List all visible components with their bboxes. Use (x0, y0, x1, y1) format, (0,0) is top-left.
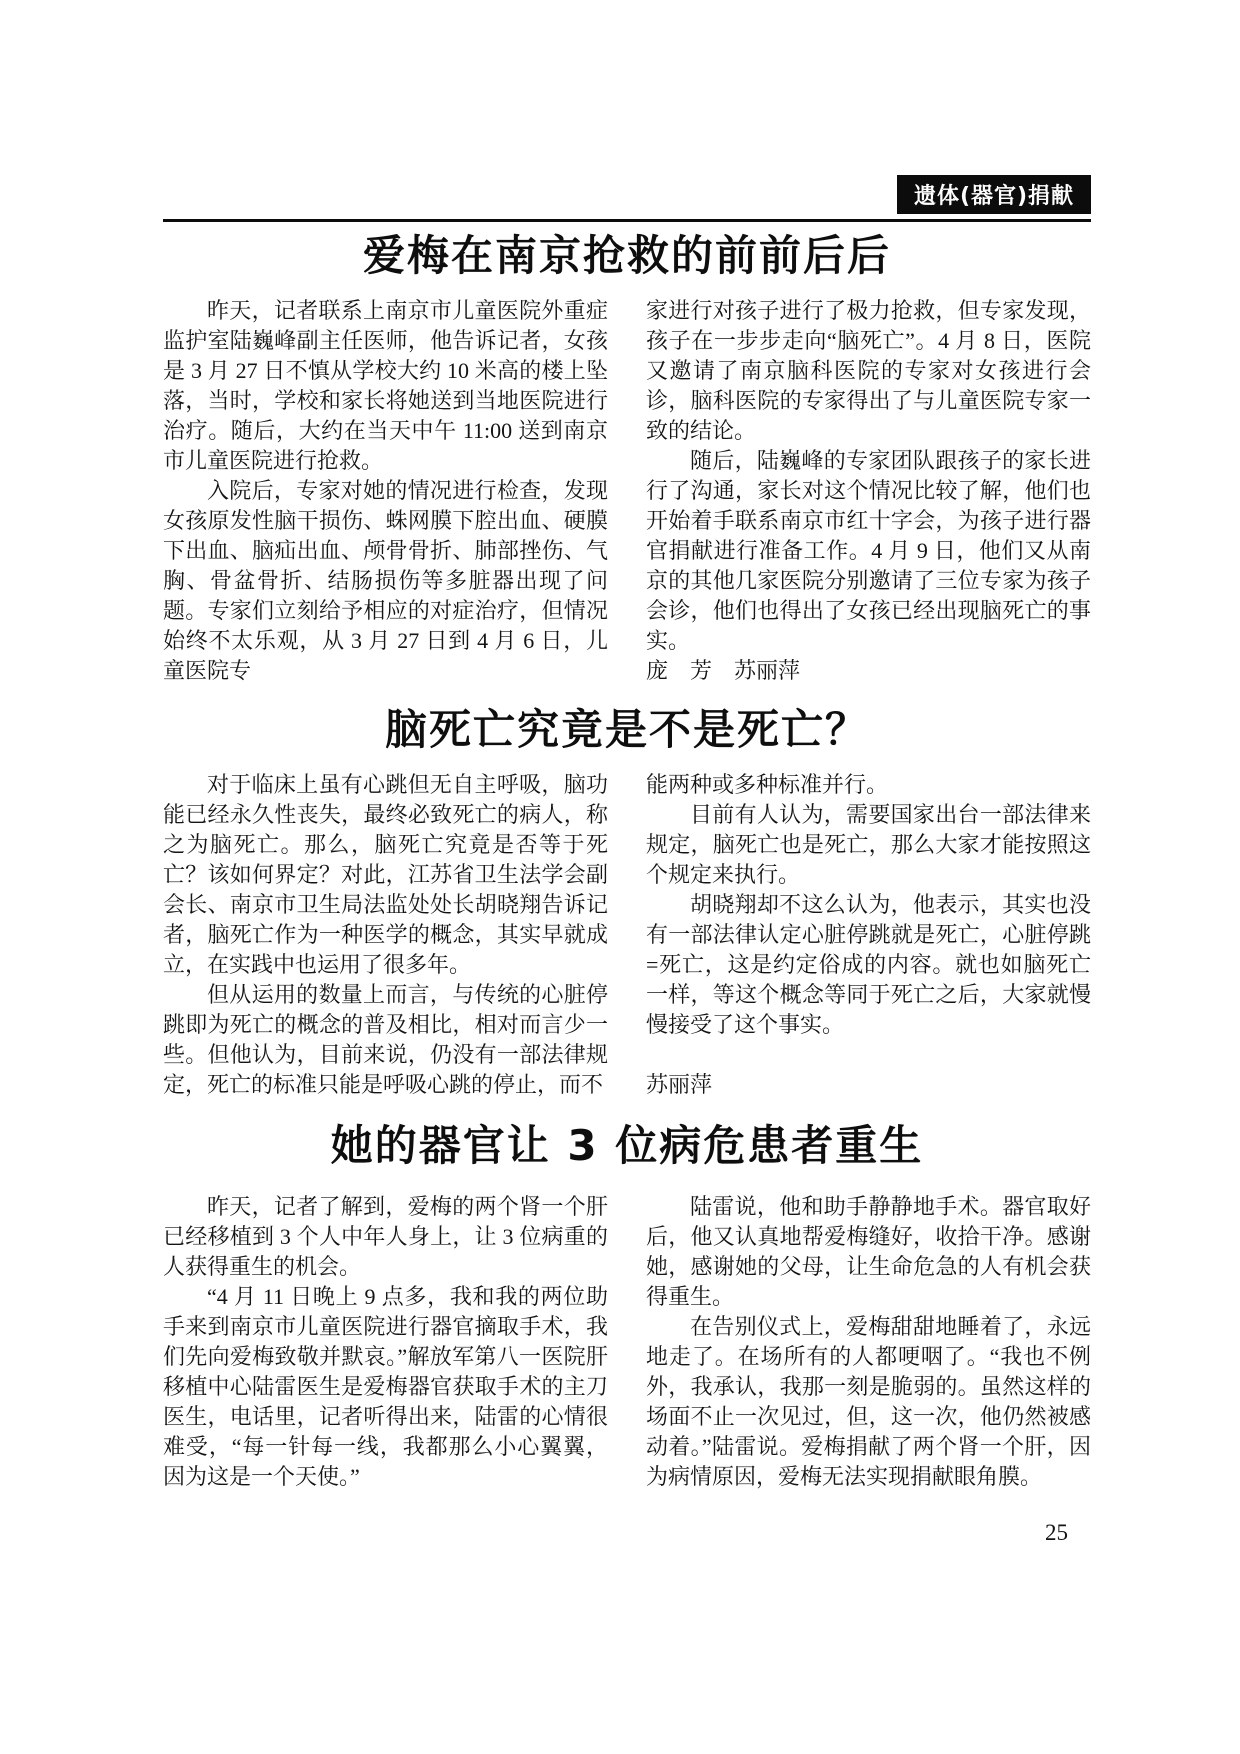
paragraph-continuation: 能两种或多种标准并行。 (646, 770, 1091, 800)
paragraph: 在告别仪式上，爱梅甜甜地睡着了，永远地走了。在场所有的人都哽咽了。“我也不例外，… (646, 1312, 1091, 1492)
article-3-right-column: 陆雷说，他和助手静静地手术。器官取好后，他又认真地帮爱梅缝好，收拾干净。感谢她，… (646, 1192, 1091, 1492)
page-number: 25 (163, 1520, 1068, 1546)
paragraph: 陆雷说，他和助手静静地手术。器官取好后，他又认真地帮爱梅缝好，收拾干净。感谢她，… (646, 1192, 1091, 1312)
article-1-left-column: 昨天，记者联系上南京市儿童医院外重症监护室陆巍峰副主任医师，他告诉记者，女孩是 … (163, 296, 608, 686)
paragraph: 胡晓翔却不这么认为，他表示，其实也没有一部法律认定心脏停跳就是死亡，心脏停跳=死… (646, 890, 1091, 1040)
paragraph: “4 月 11 日晚上 9 点多，我和我的两位助手来到南京市儿童医院进行器官摘取… (163, 1282, 608, 1492)
paragraph: 目前有人认为，需要国家出台一部法律来规定，脑死亡也是死亡，那么大家才能按照这个规… (646, 800, 1091, 890)
paragraph: 但从运用的数量上而言，与传统的心脏停跳即为死亡的概念的普及相比，相对而言少一些。… (163, 980, 608, 1100)
article-1-title: 爱梅在南京抢救的前前后后 (163, 232, 1091, 280)
paragraph: 随后，陆巍峰的专家团队跟孩子的家长进行了沟通，家长对这个情况比较了解，他们也开始… (646, 446, 1091, 656)
article-rescue-story: 爱梅在南京抢救的前前后后 昨天，记者联系上南京市儿童医院外重症监护室陆巍峰副主任… (163, 232, 1091, 686)
article-1-columns: 昨天，记者联系上南京市儿童医院外重症监护室陆巍峰副主任医师，他告诉记者，女孩是 … (163, 296, 1091, 686)
page-content: 爱梅在南京抢救的前前后后 昨天，记者联系上南京市儿童医院外重症监护室陆巍峰副主任… (163, 230, 1091, 1492)
article-1-byline: 庞 芳 苏丽萍 (646, 656, 1091, 686)
article-2-title: 脑死亡究竟是不是死亡？ (163, 706, 1091, 754)
article-brain-death: 脑死亡究竟是不是死亡？ 对于临床上虽有心跳但无自主呼吸，脑功能已经永久性丧失，最… (163, 706, 1091, 1100)
article-3-left-column: 昨天，记者了解到，爱梅的两个肾一个肝已经移植到 3 个人中年人身上，让 3 位病… (163, 1192, 608, 1492)
scanned-book-page: 遗体(器官)捐献 爱梅在南京抢救的前前后后 昨天，记者联系上南京市儿童医院外重症… (0, 0, 1240, 1754)
article-2-left-column: 对于临床上虽有心跳但无自主呼吸，脑功能已经永久性丧失，最终必致死亡的病人，称之为… (163, 770, 608, 1100)
paragraph: 昨天，记者联系上南京市儿童医院外重症监护室陆巍峰副主任医师，他告诉记者，女孩是 … (163, 296, 608, 476)
article-organ-transplant: 她的器官让 3 位病危患者重生 昨天，记者了解到，爱梅的两个肾一个肝已经移植到 … (163, 1122, 1091, 1492)
article-2-columns: 对于临床上虽有心跳但无自主呼吸，脑功能已经永久性丧失，最终必致死亡的病人，称之为… (163, 770, 1091, 1100)
article-2-right-column: 能两种或多种标准并行。 目前有人认为，需要国家出台一部法律来规定，脑死亡也是死亡… (646, 770, 1091, 1100)
paragraph: 昨天，记者了解到，爱梅的两个肾一个肝已经移植到 3 个人中年人身上，让 3 位病… (163, 1192, 608, 1282)
article-3-columns: 昨天，记者了解到，爱梅的两个肾一个肝已经移植到 3 个人中年人身上，让 3 位病… (163, 1192, 1091, 1492)
article-2-byline: 苏丽萍 (646, 1070, 1091, 1100)
paragraph-continuation: 家进行对孩子进行了极力抢救，但专家发现，孩子在一步步走向“脑死亡”。4 月 8 … (646, 296, 1091, 446)
section-tag: 遗体(器官)捐献 (897, 175, 1091, 214)
paragraph: 对于临床上虽有心跳但无自主呼吸，脑功能已经永久性丧失，最终必致死亡的病人，称之为… (163, 770, 608, 980)
article-3-title: 她的器官让 3 位病危患者重生 (163, 1122, 1091, 1170)
article-1-right-column: 家进行对孩子进行了极力抢救，但专家发现，孩子在一步步走向“脑死亡”。4 月 8 … (646, 296, 1091, 686)
section-tag-label: 遗体(器官)捐献 (914, 179, 1074, 210)
header-rule (163, 219, 1091, 222)
paragraph: 入院后，专家对她的情况进行检查，发现女孩原发性脑干损伤、蛛网膜下腔出血、硬膜下出… (163, 476, 608, 686)
